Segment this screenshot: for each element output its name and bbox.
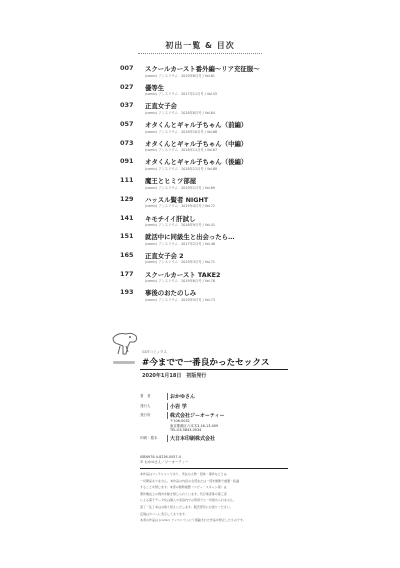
credit-value: おかゆさん xyxy=(170,393,195,400)
credit-value: 株式会社ジーオーティー xyxy=(170,412,225,419)
credit-divider xyxy=(167,435,168,442)
toc-page-number: 165 xyxy=(120,251,134,259)
toc-item: 177 スクールカースト TAKE2 (comic) アンスリウム 2019年6… xyxy=(120,270,350,289)
credit-divider xyxy=(167,393,168,400)
credit-label: 著 者 xyxy=(140,394,162,399)
toc-page-number: 193 xyxy=(120,288,134,296)
publisher-mascot-icon xyxy=(110,330,140,358)
toc-page-number: 141 xyxy=(120,214,134,222)
toc-item: 141 キモチイイ肝試し (comic) アンスリウム 2016年9月号 / V… xyxy=(120,214,350,233)
legal-line: 定価はカバーに表示してあります。 xyxy=(140,511,290,518)
legal-line: 本書の作品は (comic) アンスリウムにて掲載された作品を修正したものです。 xyxy=(140,517,290,524)
toc-page-number: 057 xyxy=(120,120,134,128)
legal-notice: 本作品はフィクションであり、実在の人物・団体・事件などとは 一切関係ありません。… xyxy=(140,471,290,524)
toc-item: 151 就活中に同級生と出会ったら… (comic) アンスリウム 2017年2… xyxy=(120,232,350,251)
credit-label: 発行人 xyxy=(140,404,162,409)
toc-heading: 初出一覧 & 目次 xyxy=(0,40,400,51)
credit-value: 小岩 学 xyxy=(170,403,187,410)
credit-label: 発行所 xyxy=(140,413,162,418)
series-label: GOTコミックス xyxy=(142,350,167,355)
toc-page-number: 177 xyxy=(120,270,134,278)
toc-source: (comic) アンスリウム 2018年8月号 / Vol.64 xyxy=(145,110,215,115)
toc-item: 007 スクールカースト番外編～リア充征服～ (comic) アンスリウム 20… xyxy=(120,64,350,83)
legal-line: による電子データ化は個人や家庭内での利用でも一切認められません。 xyxy=(140,497,290,504)
credit-label: 印刷・製本 xyxy=(140,436,162,441)
toc-item: 129 ハッスル賢者 NIGHT (comic) アンスリウム 2019年4月号… xyxy=(120,195,350,214)
toc-source: (comic) アンスリウム 2018年10月号 / Vol.66 xyxy=(145,129,217,134)
telephone: TEL:03-5843-0034 xyxy=(170,428,218,433)
toc-source: (comic) アンスリウム 2017年2月号 / Vol.46 xyxy=(145,241,215,246)
toc-page-number: 073 xyxy=(120,139,134,147)
toc-page-number: 037 xyxy=(120,101,134,109)
toc-item: 193 事後のおたのしみ (comic) アンスリウム 2019年5月号 / V… xyxy=(120,288,350,307)
toc-page-number: 151 xyxy=(120,232,134,240)
legal-divider xyxy=(140,468,288,469)
toc-source: (comic) アンスリウム 2019年6月号 / Vol.61 xyxy=(145,73,215,78)
credit-divider xyxy=(167,412,168,419)
toc-source: (comic) アンスリウム 2018年12月号 / Vol.68 xyxy=(145,166,217,171)
toc-source: (comic) アンスリウム 2019年5月号 / Vol.73 xyxy=(145,297,215,302)
publisher-address: 〒106-0032 東京都港区六本木3-16-13-409 TEL:03-584… xyxy=(170,419,218,433)
book-title: #今までで一番良かったセックス xyxy=(142,356,269,368)
legal-line: 一切関係ありません。本作品の内容の全部または一部を無断で複製・転載 xyxy=(140,478,290,485)
toc-item: 073 オタくんとギャル子ちゃん（中編） (comic) アンスリウム 2018… xyxy=(120,139,350,158)
toc-source: (comic) アンスリウム 2019年3月号 / Vol.71 xyxy=(145,259,215,264)
toc-page-number: 129 xyxy=(120,195,134,203)
mascot-shadow xyxy=(113,361,135,364)
toc-item: 037 正直女子会 (comic) アンスリウム 2018年8月号 / Vol.… xyxy=(120,101,350,120)
title-divider xyxy=(140,369,288,370)
toc-item: 091 オタくんとギャル子ちゃん（後編） (comic) アンスリウム 2018… xyxy=(120,157,350,176)
toc-source: (comic) アンスリウム 2019年6月号 / Vol.76 xyxy=(145,278,215,283)
copyright-notice: © おかゆさん／ジーオーティー xyxy=(140,460,188,465)
isbn-block: ISBN978-4-8236-0057-4 © おかゆさん／ジーオーティー xyxy=(140,455,188,465)
legal-line: 著作権法上の例外を除き禁じられています。代行業者等の第三者 xyxy=(140,491,290,498)
legal-line: 本作品はフィクションであり、実在の人物・団体・事件などとは xyxy=(140,471,290,478)
toc-source: (comic) アンスリウム 2019年1月号 / Vol.69 xyxy=(145,185,215,190)
toc-divider xyxy=(138,53,262,54)
credit-divider xyxy=(167,403,168,410)
table-of-contents: 007 スクールカースト番外編～リア充征服～ (comic) アンスリウム 20… xyxy=(120,64,350,307)
toc-item: 111 魔王とヒミツ部屋 (comic) アンスリウム 2019年1月号 / V… xyxy=(120,176,350,195)
toc-item: 165 正直女子会 2 (comic) アンスリウム 2019年3月号 / Vo… xyxy=(120,251,350,270)
legal-line: することを禁じます。本書の無断複製（コピー・スキャン等）は xyxy=(140,484,290,491)
toc-page-number: 007 xyxy=(120,64,134,72)
toc-page-number: 027 xyxy=(120,83,134,91)
publication-date: 2020年1月18日 初版発行 xyxy=(142,372,206,379)
toc-item: 057 オタくんとギャル子ちゃん（前編） (comic) アンスリウム 2018… xyxy=(120,120,350,139)
toc-item: 027 優等生 (comic) アンスリウム 2017年11月号 / Vol.5… xyxy=(120,83,350,102)
colophon-page: 初出一覧 & 目次 007 スクールカースト番外編～リア充征服～ (comic)… xyxy=(0,0,400,568)
toc-source: (comic) アンスリウム 2017年11月号 / Vol.55 xyxy=(145,91,217,96)
toc-page-number: 091 xyxy=(120,157,134,165)
credit-value: 大日本印刷株式会社 xyxy=(170,435,215,442)
toc-page-number: 111 xyxy=(120,176,134,184)
toc-source: (comic) アンスリウム 2018年11月号 / Vol.67 xyxy=(145,147,217,152)
toc-source: (comic) アンスリウム 2019年4月号 / Vol.72 xyxy=(145,203,215,208)
toc-source: (comic) アンスリウム 2016年9月号 / Vol.41 xyxy=(145,222,215,227)
legal-line: 落丁・乱丁本はお取り替えいたします。販売部宛にお送りください。 xyxy=(140,504,290,511)
